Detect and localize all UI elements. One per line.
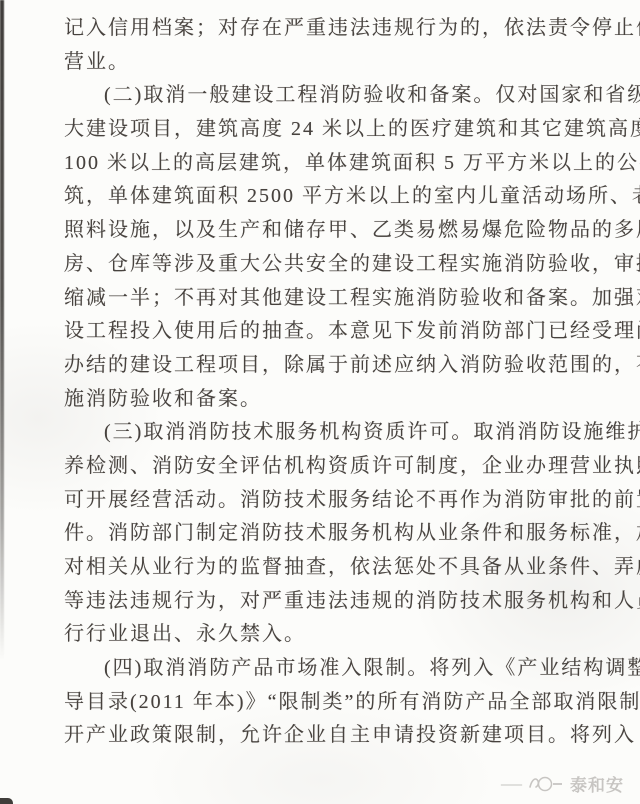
document-line: 筑，单体建筑面积 2500 平方米以上的室内儿童活动场所、老年人 (64, 180, 602, 214)
document-line: 对相关从业行为的监督抽查，依法惩处不具备从业条件、弄虚作假 (64, 551, 602, 585)
document-line-section-4-heading: (四)取消消防产品市场准入限制。将列入《产业结构调整指 (64, 652, 602, 686)
document-line: 记入信用档案；对存在严重违法违规行为的，依法责令停止使用 (64, 12, 602, 46)
document-line: 开产业政策限制，允许企业自主申请投资新建项目。将列入《强制 (64, 719, 602, 753)
document-line-section-2-heading: (二)取消一般建设工程消防验收和备案。仅对国家和省级重 (64, 79, 602, 113)
document-line: 设工程投入使用后的抽查。本意见下发前消防部门已经受理尚未 (64, 315, 602, 349)
document-line: 养检测、消防安全评估机构资质许可制度，企业办理营业执照后即 (64, 450, 602, 484)
scan-edge-artifact (0, 0, 4, 660)
document-line: 100 米以上的高层建筑，单体建筑面积 5 万平方米以上的公共建 (64, 147, 602, 181)
document-line: 可开展经营活动。消防技术服务结论不再作为消防审批的前置条 (64, 484, 602, 518)
document-line: 件。消防部门制定消防技术服务机构从业条件和服务标准，加强 (64, 517, 602, 551)
document-line-section-3-heading: (三)取消消防技术服务机构资质许可。取消消防设施维护保 (64, 416, 602, 450)
document-line: 导目录(2011 年本)》“限制类”的所有消防产品全部取消限制，放 (64, 686, 602, 720)
scan-corner-artifact (0, 798, 13, 804)
document-line: 缩减一半；不再对其他建设工程实施消防验收和备案。加强对建 (64, 282, 602, 316)
document-line: 大建设项目，建筑高度 24 米以上的医疗建筑和其它建筑高度 (64, 113, 602, 147)
document-line: 照料设施，以及生产和储存甲、乙类易燃易爆危险物品的多层厂 (64, 214, 602, 248)
document-line: 施消防验收和备案。 (64, 383, 602, 417)
document-line: 营业。 (64, 46, 602, 80)
document-line: 办结的建设工程项目，除属于前述应纳入消防验收范围的，不再实 (64, 349, 602, 383)
watermark-dash: — (501, 773, 522, 794)
scanned-document-page: 记入信用档案；对存在严重违法违规行为的，依法责令停止使用 营业。 (二)取消一般… (0, 0, 640, 804)
document-line: 房、仓库等涉及重大公共安全的建设工程实施消防验收，审批时限 (64, 248, 602, 282)
watermark: — 泰和安 (501, 771, 624, 796)
document-line: 等违法违规行为，对严重违法违规的消防技术服务机构和人员实 (64, 585, 602, 619)
watermark-brand-name: 泰和安 (570, 771, 624, 796)
document-body: 记入信用档案；对存在严重违法违规行为的，依法责令停止使用 营业。 (二)取消一般… (64, 12, 602, 753)
taihean-bird-logo-icon (529, 774, 563, 794)
document-line: 行行业退出、永久禁入。 (64, 618, 602, 652)
